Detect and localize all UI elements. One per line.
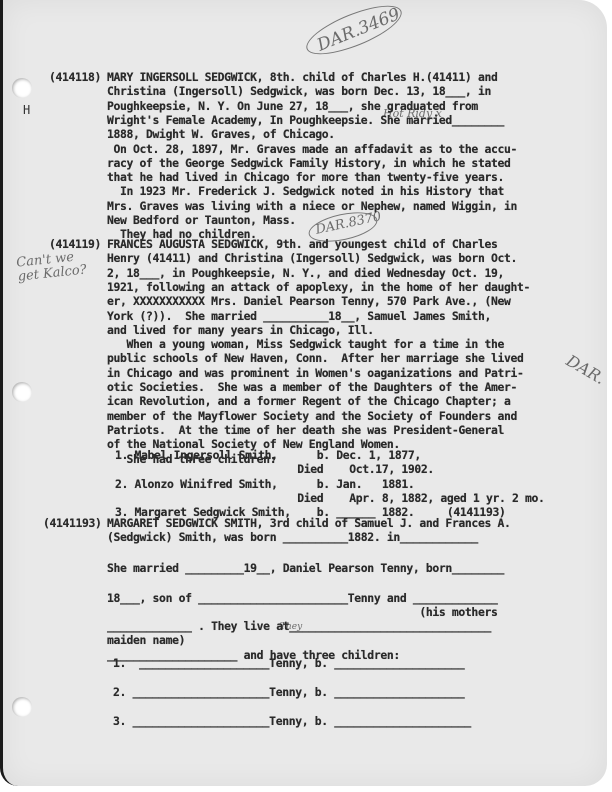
form-line: She married _________19__, Daniel Pearso… (107, 561, 504, 575)
punch-hole (12, 78, 32, 98)
text-line: New Bedford or Taunton, Mass. (107, 213, 296, 227)
text-line: Henry (41411) and Christina (Ingersoll) … (107, 251, 517, 265)
text-line: public schools of New Haven, Conn. After… (107, 351, 524, 365)
text-line: When a young woman, Miss Sedgwick taught… (107, 337, 504, 351)
text-line: 1888, Dwight W. Graves, of Chicago. (107, 127, 335, 141)
text-line: er, XXXXXXXXXXX Mrs. Daniel Pearson Tenn… (107, 294, 510, 308)
document-page: DAR.3469 DAR.8370 H Can't we get Kalco? … (0, 0, 607, 786)
text-line: MARGARET SEDGWICK SMITH, 3rd child of Sa… (107, 516, 510, 530)
text-line: York (?)). She married __________18__, S… (107, 309, 491, 323)
margin-left-note: Can't we get Kalco? (16, 249, 89, 284)
text-line: Christina (Ingersoll) Sedgwick, was born… (107, 84, 491, 98)
grandchild-line: 1. ____________________Tenny, b. _______… (113, 656, 464, 670)
text-line: In 1923 Mr. Frederick J. Sedgwick noted … (107, 184, 504, 198)
text-line: ican Revolution, and a former Regent of … (107, 394, 510, 408)
child-line: Died Oct.17, 1902. (115, 462, 434, 476)
text-line: Patriots. At the time of her death she w… (107, 423, 504, 437)
child-line: Died Apr. 8, 1882, aged 1 yr. 2 mo. (115, 491, 545, 505)
form-line: _____________ . They live at____________… (107, 619, 491, 633)
child-line: 1. Mabel Ingersoll Smith, b. Dec. 1, 187… (115, 448, 421, 462)
text-line: Mrs. Graves was living with a niece or N… (107, 199, 517, 213)
text-line: On Oct. 28, 1897, Mr. Graves made an aff… (107, 142, 517, 156)
text-line: member of the Mayflower Society and the … (107, 409, 517, 423)
text-line: and lived for many years in Chicago, Ill… (107, 323, 374, 337)
entry-id: (414119) (49, 237, 101, 251)
form-line: maiden name) (107, 633, 185, 647)
text-line: Wright's Female Academy, In Poughkeepsie… (107, 113, 504, 127)
form-line: 18___, son of _______________________Ten… (107, 591, 497, 605)
grandchild-line: 3. _____________________Tenny, b. ______… (113, 714, 471, 728)
text-line: otic Societies. She was a member of the … (107, 380, 517, 394)
margin-right-dar-note: DAR. (563, 351, 608, 388)
text-line: racy of the George Sedgwick Family Histo… (107, 156, 510, 170)
text-line: that he had lived in Chicago for more th… (107, 170, 504, 184)
form-line: (his mothers (107, 605, 497, 619)
text-line: MARY INGERSOLL SEDGWICK, 8th. child of C… (107, 70, 497, 84)
entry-id: (4141193) (43, 516, 102, 530)
text-line: Poughkeepsie, N. Y. On June 27, 18___, s… (107, 99, 478, 113)
text-line: FRANCES AUGUSTA SEDGWICK, 9th. and young… (107, 237, 497, 251)
text-line: 1921, following an attack of apoplexy, i… (107, 280, 530, 294)
punch-hole (12, 382, 32, 402)
text-line: 2, 18___, in Poughkeepsie, N. Y., and di… (107, 266, 504, 280)
child-line: 2. Alonzo Winifred Smith, b. Jan. 1881. (115, 477, 414, 491)
text-line: (Sedgwick) Smith, was born __________188… (107, 530, 478, 544)
text-line: in Chicago and was prominent in Women's … (107, 366, 524, 380)
punch-hole (12, 697, 32, 717)
margin-h-mark: H (23, 103, 30, 117)
entry-id: (414118) (49, 70, 101, 84)
grandchild-line: 2. _____________________Tenny, b. ______… (113, 685, 464, 699)
